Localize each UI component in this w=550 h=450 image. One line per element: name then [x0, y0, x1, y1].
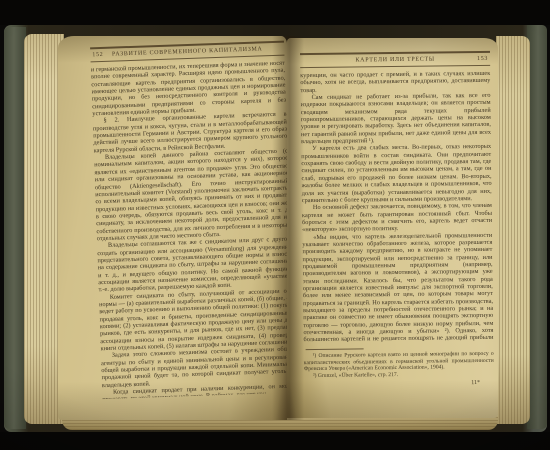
right-running-head: КАРТЕЛИ ИЛИ ТРЕСТЫ [300, 55, 490, 64]
right-page-content: КАРТЕЛИ ИЛИ ТРЕСТЫ 153 куренции, он част… [300, 51, 494, 388]
paragraph: У картеля есть два слабых места. Во-перв… [301, 143, 492, 204]
paragraph: Владельцы копей данного района составляю… [94, 148, 287, 243]
paragraph: и германской промышленности, их теперешн… [91, 60, 287, 118]
book-photo-scene: 152 РАЗВИТИЕ СОВРЕМЕННОГО КАПИТАЛИЗМА и … [0, 0, 550, 450]
footnote: ¹) Описание Рурского картеля взято из це… [304, 351, 494, 373]
footnote-separator [306, 348, 364, 350]
paragraph: куренции, он часто продает с премией, и … [300, 70, 490, 94]
paragraph: Владельцы соглашаются так же с синдикато… [97, 236, 287, 294]
left-page: 152 РАЗВИТИЕ СОВРЕМЕННОГО КАПИТАЛИЗМА и … [58, 36, 287, 420]
background-top [0, 0, 550, 25]
footnotes: ¹) Описание Рурского картеля взято из це… [304, 351, 494, 379]
paragraph: Но основной дефект заключается, повидимо… [302, 202, 492, 234]
paragraph: «Мы видим, что картель железоделательной… [302, 231, 493, 344]
left-page-text: и германской промышленности, их теперешн… [91, 60, 287, 400]
right-page-number: 153 [477, 56, 488, 62]
right-page: КАРТЕЛИ ИЛИ ТРЕСТЫ 153 куренции, он част… [287, 38, 498, 418]
paragraph: Комитет синдиката по сбыту, получающий о… [99, 287, 287, 352]
right-page-text: куренции, он часто продает с премией, и … [300, 70, 493, 344]
background-bottom [0, 432, 550, 450]
book-cover-left-board [4, 27, 26, 429]
left-page-number: 152 [92, 52, 103, 58]
paragraph: Задача этого сложного механизма состоит … [101, 346, 287, 389]
left-page-content: 152 РАЗВИТИЕ СОВРЕМЕННОГО КАПИТАЛИЗМА и … [90, 41, 287, 400]
page-edges-right [496, 36, 530, 424]
book-cover-right-board [527, 25, 547, 429]
paragraph: Сам синдикат не работает из-за прибыли, … [301, 92, 492, 146]
signature-mark: 11* [304, 380, 494, 388]
